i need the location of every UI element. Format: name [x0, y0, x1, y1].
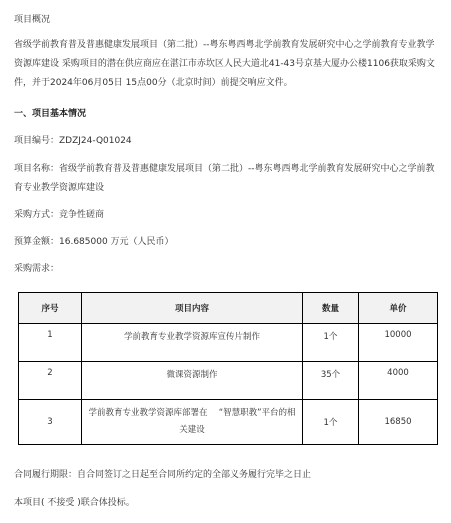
requirements-label: 采购需求：: [14, 260, 59, 279]
overview-title: 项目概况: [14, 11, 50, 30]
section-heading: 一、项目基本情况: [14, 105, 86, 124]
requirements-table: 序号 项目内容 数量 单价 1 学前教育专业教学资源库宣传片制作 1个 1000…: [18, 292, 437, 445]
cell-price: 10000: [359, 324, 438, 362]
cell-no: 3: [19, 400, 82, 445]
cell-qty: 1个: [303, 324, 359, 362]
table-row: 2 微课资源制作 35个 4000: [19, 362, 438, 400]
cell-no: 1: [19, 324, 82, 362]
table-row: 1 学前教育专业教学资源库宣传片制作 1个 10000: [19, 324, 438, 362]
header-content: 项目内容: [82, 293, 303, 324]
table-header-row: 序号 项目内容 数量 单价: [19, 293, 438, 324]
table-row: 3 学前教育专业教学资源库部署在 “智慧职教”平台的相关建设 1个 16850: [19, 400, 438, 445]
cell-qty: 1个: [303, 400, 359, 445]
consortium-note: 本项目( 不接受 )联合体投标。: [14, 494, 135, 513]
header-price: 单价: [359, 293, 438, 324]
intro-paragraph: 省级学前教育普及普惠健康发展项目（第二批）--粤东粤西粤北学前教育发展研究中心之…: [14, 36, 439, 93]
contract-period: 合同履行期限：自合同签订之日起至合同所约定的全部义务履行完毕之日止: [14, 466, 311, 485]
cell-content: 学前教育专业教学资源库宣传片制作: [82, 324, 303, 362]
cell-content: 微课资源制作: [82, 362, 303, 400]
header-no: 序号: [19, 293, 82, 324]
budget-amount: 预算金额：16.685000 万元（人民币）: [14, 233, 174, 252]
cell-price: 16850: [359, 400, 438, 445]
procurement-method: 采购方式：竞争性磋商: [14, 206, 104, 225]
cell-content: 学前教育专业教学资源库部署在 “智慧职教”平台的相关建设: [82, 400, 303, 445]
project-number: 项目编号：ZDZJ24-Q01024: [14, 132, 132, 151]
cell-no: 2: [19, 362, 82, 400]
cell-price: 4000: [359, 362, 438, 400]
header-qty: 数量: [303, 293, 359, 324]
project-name: 项目名称：省级学前教育普及普惠健康发展项目（第二批）--粤东粤西粤北学前教育发展…: [14, 160, 439, 198]
cell-qty: 35个: [303, 362, 359, 400]
